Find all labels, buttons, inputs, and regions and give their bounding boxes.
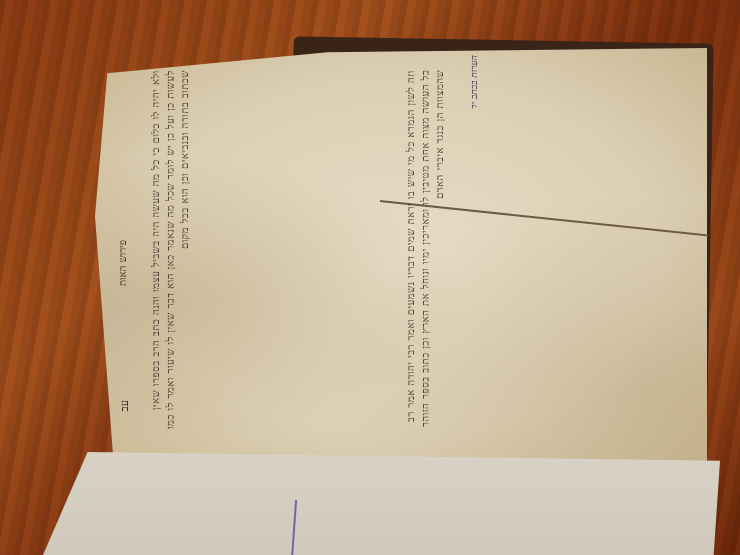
page-number: עב <box>118 400 131 412</box>
running-head: פירוש האות <box>118 240 129 286</box>
text-column-left: ולא יהיה לו כלום כי כל מה שעשה היה בשביל… <box>150 70 400 430</box>
text-column-right: וזה לשון הגמרא כל מי שיש בו יראת שמים דב… <box>405 70 695 430</box>
blank-flyleaf <box>40 452 720 555</box>
